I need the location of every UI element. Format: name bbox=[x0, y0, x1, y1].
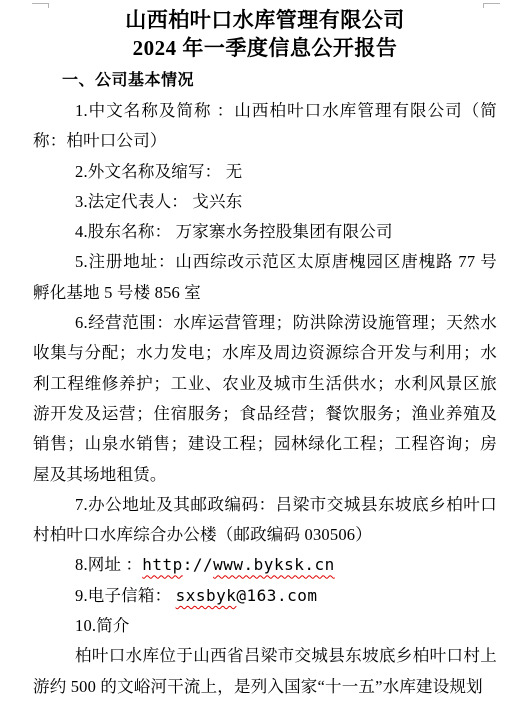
paragraph-foreign-name: 2.外文名称及缩写： 无 bbox=[33, 157, 497, 187]
document-page: 山西柏叶口水库管理有限公司 2024 年一季度信息公开报告 一、公司基本情况 1… bbox=[0, 0, 530, 708]
paragraph-intro-heading: 10.简介 bbox=[33, 611, 497, 641]
website-label: 8.网址 ： bbox=[75, 555, 142, 574]
paragraph-website: 8.网址 ：http://www.byksk.cn bbox=[33, 550, 497, 580]
email-label: 9.电子信箱： bbox=[75, 586, 176, 605]
email-domain: @163.com bbox=[236, 586, 317, 605]
document-content: 山西柏叶口水库管理有限公司 2024 年一季度信息公开报告 一、公司基本情况 1… bbox=[33, 0, 497, 702]
section-heading: 一、公司基本情况 bbox=[33, 66, 497, 96]
paragraph-email: 9.电子信箱： sxsbyk@163.com bbox=[33, 581, 497, 611]
paragraph-business-scope: 6.经营范围：水库运营管理；防洪除涝设施管理；天然水收集与分配；水力发电；水库及… bbox=[33, 308, 497, 490]
title-line-1: 山西柏叶口水库管理有限公司 bbox=[33, 6, 497, 34]
paragraph-registered-address: 5.注册地址：山西综改示范区太原唐槐园区唐槐路 77 号孵化基地 5 号楼 85… bbox=[33, 247, 497, 308]
title-line-2: 2024 年一季度信息公开报告 bbox=[33, 34, 497, 62]
paragraph-chinese-name: 1.中文名称及简称 ：山西柏叶口水库管理有限公司（简称：柏叶口公司） bbox=[33, 96, 497, 157]
paragraph-office-address: 7.办公地址及其邮政编码：吕梁市交城县东坡底乡柏叶口村柏叶口水库综合办公楼（邮政… bbox=[33, 490, 497, 551]
paragraph-shareholder: 4.股东名称： 万家寨水务控股集团有限公司 bbox=[33, 217, 497, 247]
email-user: sxsbyk bbox=[176, 586, 237, 605]
paragraph-legal-representative: 3.法定代表人： 戈兴东 bbox=[33, 187, 497, 217]
document-title: 山西柏叶口水库管理有限公司 2024 年一季度信息公开报告 bbox=[33, 0, 497, 62]
website-url-separator: :// bbox=[183, 555, 213, 574]
website-url-scheme: http bbox=[142, 555, 183, 574]
paragraph-intro-body: 柏叶口水库位于山西省吕梁市交城县东坡底乡柏叶口村上游约 500 的文峪河干流上，… bbox=[33, 641, 497, 702]
website-url-host: www.byksk.cn bbox=[213, 555, 335, 574]
